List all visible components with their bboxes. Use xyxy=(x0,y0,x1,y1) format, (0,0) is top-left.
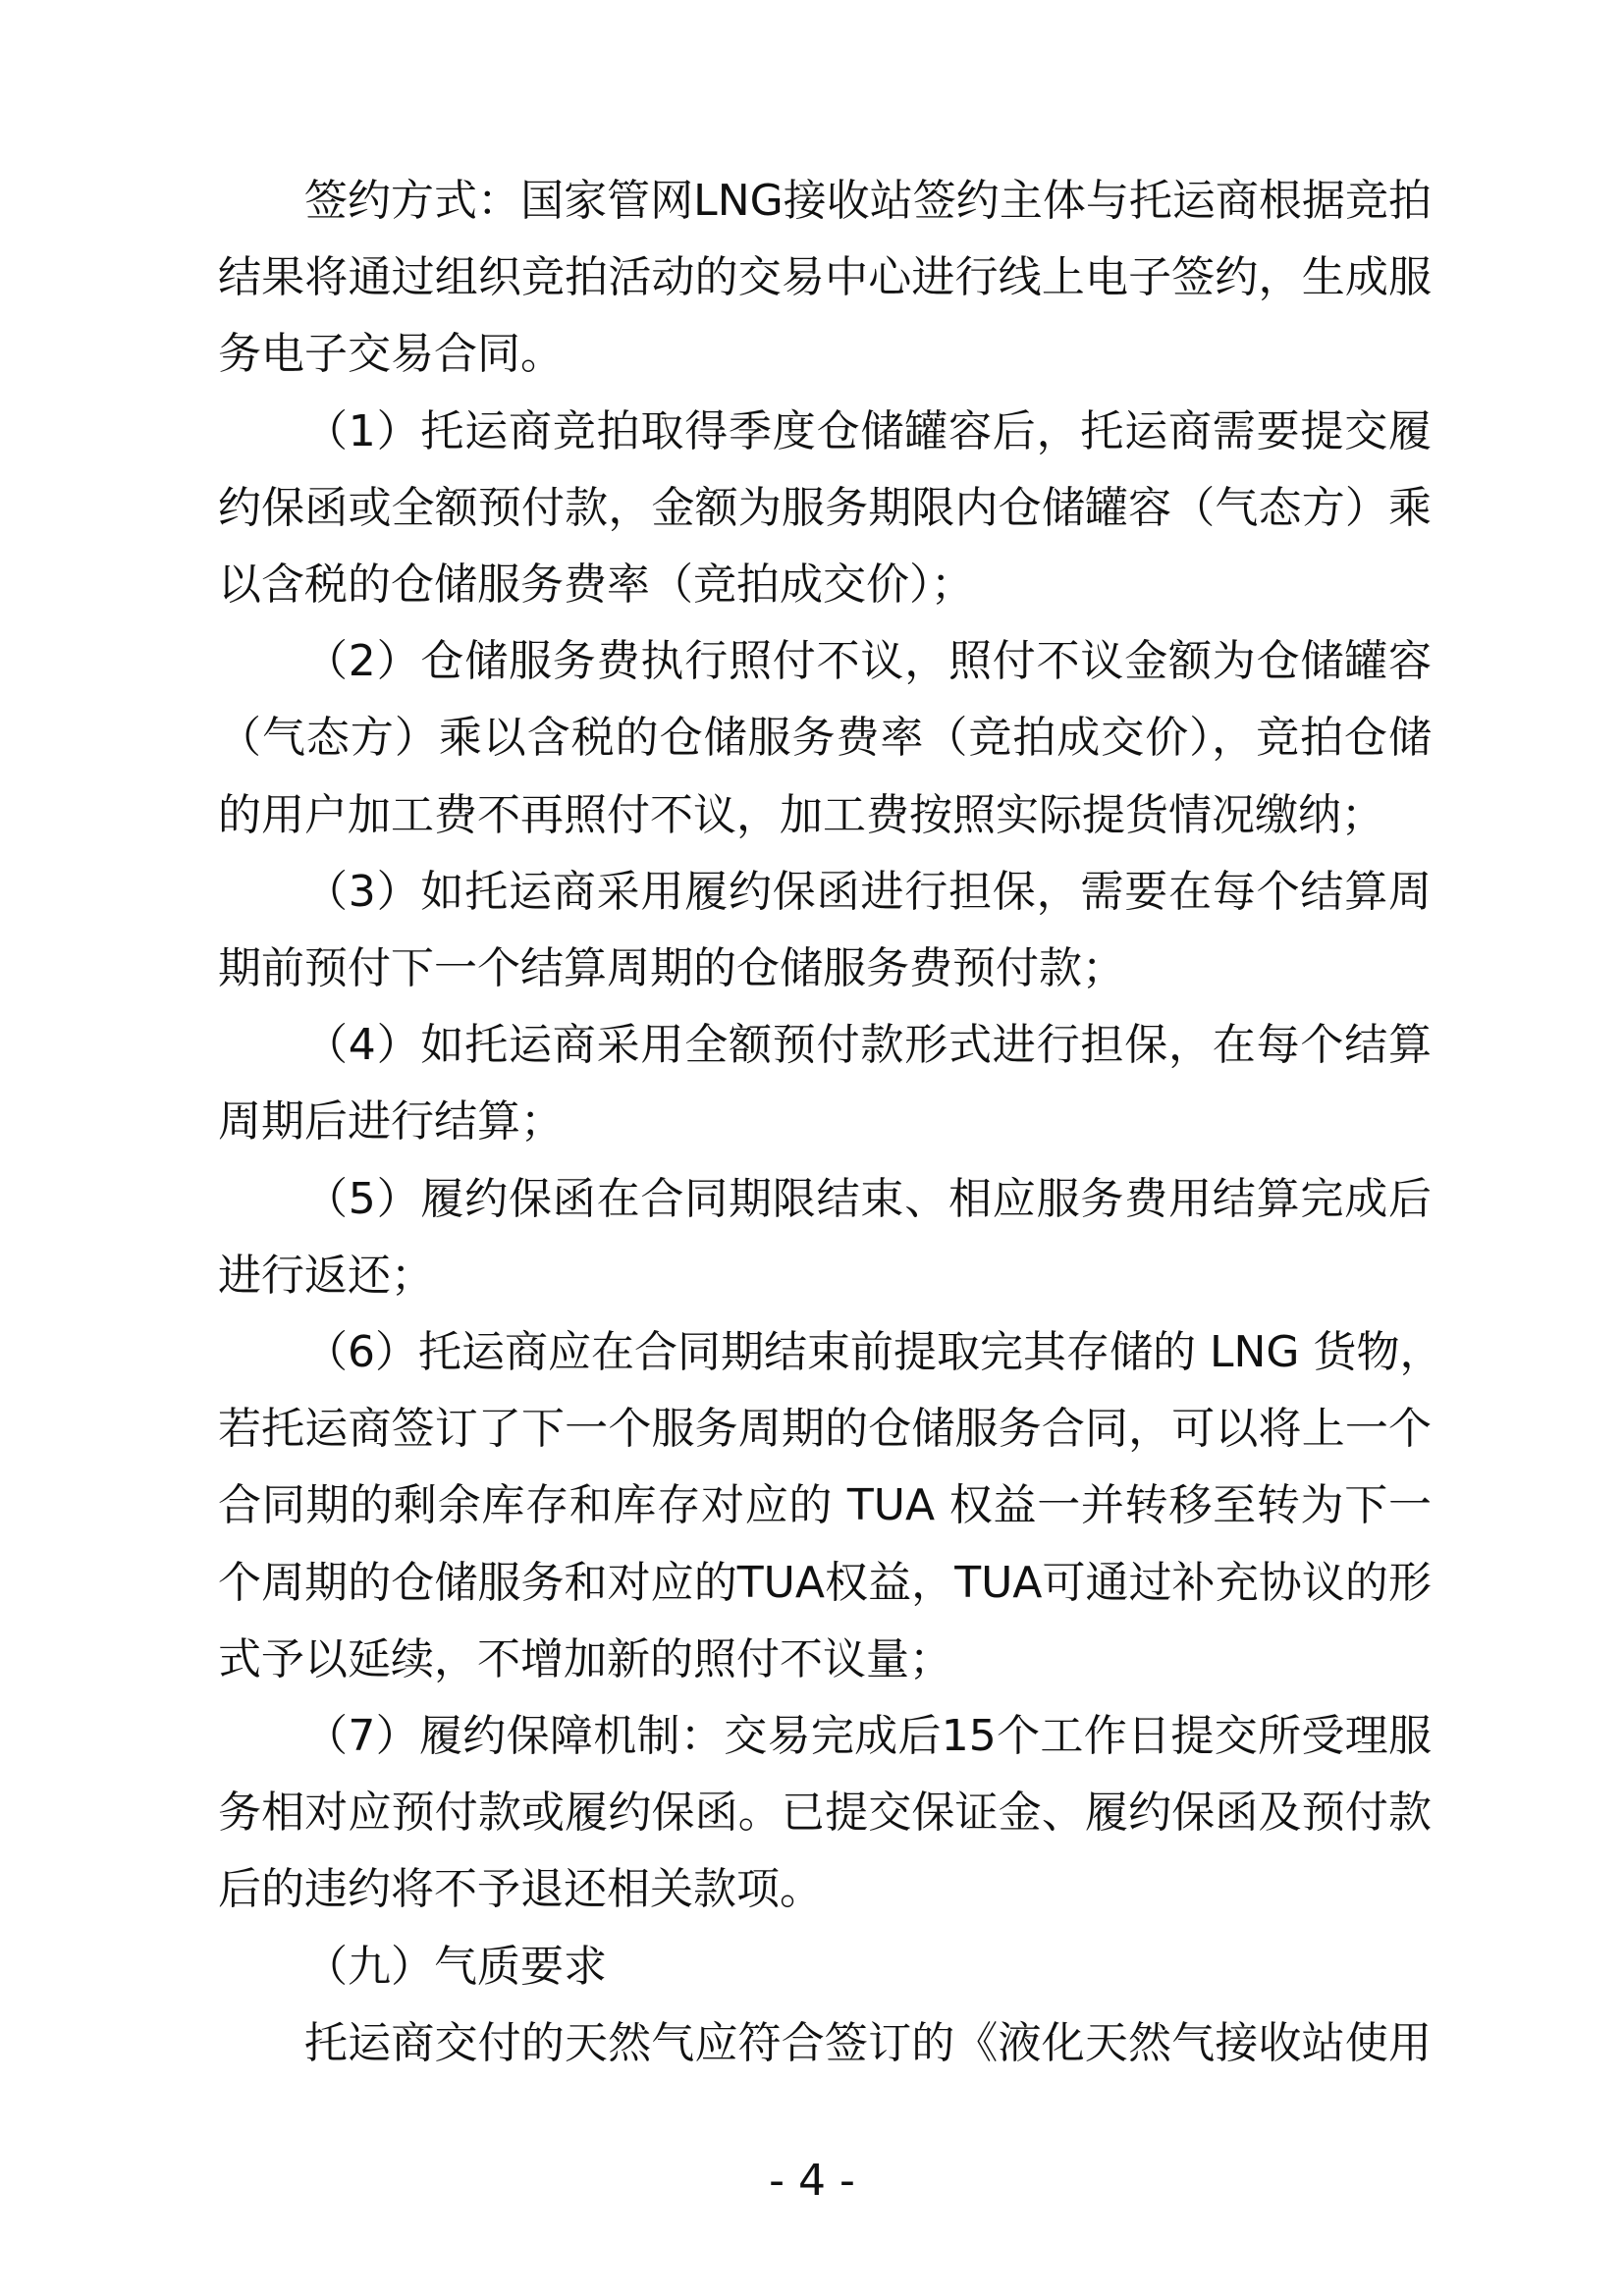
section-heading: （九）气质要求 xyxy=(304,1938,1432,1997)
text-line: 式予以延续，不增加新的照付不议量； xyxy=(218,1630,1432,1689)
text-line: 结果将通过组织竞拍活动的交易中心进行线上电子签约，生成服 xyxy=(218,248,1432,307)
text-line: （7）履约保障机制：交易完成后15个工作日提交所受理服 xyxy=(304,1707,1432,1766)
text-line: （1）托运商竞拍取得季度仓储罐容后，托运商需要提交履 xyxy=(304,402,1432,461)
text-line: （5）履约保函在合同期限结束、相应服务费用结算完成后 xyxy=(304,1170,1432,1229)
text-line: （3）如托运商采用履约保函进行担保，需要在每个结算周 xyxy=(304,863,1432,922)
text-line: 签约方式：国家管网LNG接收站签约主体与托运商根据竞拍 xyxy=(304,172,1432,231)
text-line: 周期后进行结算； xyxy=(218,1093,1432,1151)
text-line: 进行返还； xyxy=(218,1247,1432,1306)
text-line: 托运商交付的天然气应符合签订的《液化天然气接收站使用 xyxy=(304,2014,1432,2073)
text-line: 若托运商签订了下一个服务周期的仓储服务合同，可以将上一个 xyxy=(218,1400,1432,1459)
text-line: 个周期的仓储服务和对应的TUA权益，TUA可通过补充协议的形 xyxy=(218,1554,1432,1613)
text-line: （4）如托运商采用全额预付款形式进行担保，在每个结算 xyxy=(304,1016,1432,1075)
text-line: 合同期的剩余库存和库存对应的 TUA 权益一并转移至转为下一 xyxy=(218,1476,1432,1535)
text-line: 期前预付下一个结算周期的仓储服务费预付款； xyxy=(218,939,1432,998)
text-line: （2）仓储服务费执行照付不议，照付不议金额为仓储罐容 xyxy=(304,632,1432,691)
page-number: - 4 - xyxy=(0,2156,1624,2206)
text-line: 以含税的仓储服务费率（竞拍成交价）； xyxy=(218,556,1432,614)
document-page: 签约方式：国家管网LNG接收站签约主体与托运商根据竞拍结果将通过组织竞拍活动的交… xyxy=(0,0,1624,2296)
text-line: 的用户加工费不再照付不议，加工费按照实际提货情况缴纳； xyxy=(218,786,1432,845)
text-line: 后的违约将不予退还相关款项。 xyxy=(218,1860,1432,1919)
text-line: （6）托运商应在合同期结束前提取完其存储的 LNG 货物， xyxy=(304,1323,1432,1382)
text-line: 务相对应预付款或履约保函。已提交保证金、履约保函及预付款 xyxy=(218,1784,1432,1842)
text-line: （气态方）乘以含税的仓储服务费率（竞拍成交价），竞拍仓储 xyxy=(218,709,1432,768)
text-line: 务电子交易合同。 xyxy=(218,325,1432,384)
text-line: 约保函或全额预付款，金额为服务期限内仓储罐容（气态方）乘 xyxy=(218,479,1432,538)
